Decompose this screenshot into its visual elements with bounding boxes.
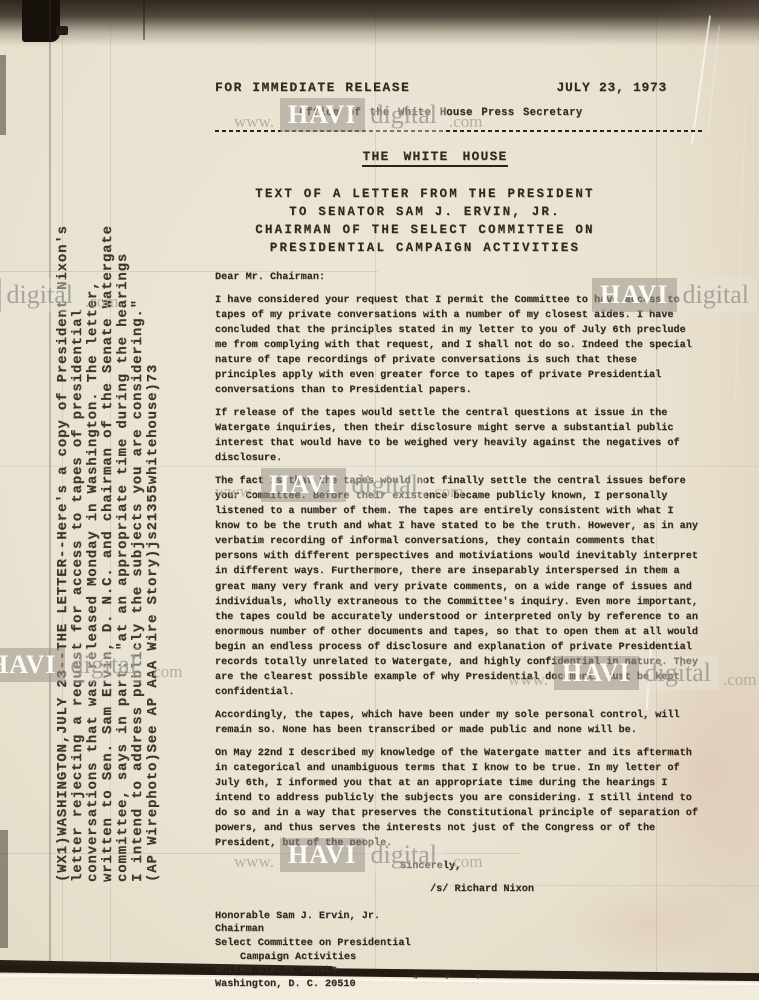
wire-caption: (WX1)WASHINGTON,JULY 23--THE LETTER--Her…: [56, 206, 161, 882]
wire-caption-line: (WX1)WASHINGTON,JULY 23--THE LETTER--Her…: [56, 206, 71, 882]
end-mark: #: [476, 974, 480, 982]
crease-line: [49, 0, 51, 975]
wire-caption-line: conversations that was released Monday i…: [86, 206, 101, 882]
paper-edge: [0, 55, 6, 135]
release-header: FOR IMMEDIATE RELEASE JULY 23, 1973: [215, 80, 667, 95]
office-line: Office of the White House Press Secretar…: [215, 106, 667, 121]
signature-line: /s/ Richard Nixon: [430, 882, 702, 897]
wire-caption-line: written to Sen. Sam Ervin, D. N.C. and c…: [101, 206, 116, 882]
photo-scan: (WX1)WASHINGTON,JULY 23--THE LETTER--Her…: [0, 0, 759, 1000]
letter-title: TEXT OF A LETTER FROM THE PRESIDENT TO S…: [215, 185, 635, 257]
scratch-mark: [735, 100, 746, 400]
release-date: JULY 23, 1973: [556, 80, 667, 95]
photo-corner-mark: [22, 0, 60, 42]
wire-caption-line: (AP Wirephoto)See AP AAA Wire Story)js21…: [146, 206, 161, 882]
end-marks: # # #: [414, 974, 481, 982]
letter-paragraph: On May 22nd I described my knowledge of …: [215, 746, 700, 852]
letter-title-line: PRESIDENTIAL CAMPAIGN ACTIVITIES: [215, 239, 635, 257]
recipient-line: Campaign Activities: [215, 951, 702, 965]
recipient-line: Honorable Sam J. Ervin, Jr.: [215, 910, 702, 924]
separator-rule: [215, 130, 702, 132]
recipient-line: Chairman: [215, 923, 702, 937]
letter-title-line: CHAIRMAN OF THE SELECT COMMITTEE ON: [215, 221, 635, 239]
press-release-document: FOR IMMEDIATE RELEASE JULY 23, 1973 Offi…: [215, 0, 702, 991]
closing: Sincerely,: [400, 859, 702, 874]
letter-title-line: TEXT OF A LETTER FROM THE PRESIDENT: [215, 185, 635, 203]
letter-title-line: TO SENATOR SAM J. ERVIN, JR.: [215, 203, 635, 221]
wire-caption-line: I intend to address publicly the subject…: [131, 206, 146, 882]
watermark-domain: .com: [723, 670, 757, 690]
wire-caption-line: committee, says in part: "at an appropri…: [116, 206, 131, 882]
recipient-line: Select Committee on Presidential: [215, 937, 702, 951]
distribution-line: FOR IMMEDIATE RELEASE: [215, 80, 410, 95]
letter-paragraph: I have considered your request that I pe…: [215, 293, 700, 399]
letter-paragraph: The fact is that the tapes would not fin…: [215, 474, 700, 700]
end-mark: #: [414, 974, 418, 982]
watermark-brand: HAVI: [0, 278, 1, 312]
letter-paragraph: If release of the tapes would settle the…: [215, 406, 700, 466]
end-mark: #: [445, 974, 449, 982]
paper-edge: [0, 830, 8, 948]
letterhead-title: THE WHITE HOUSE: [215, 149, 655, 164]
wire-caption-line: letter rejecting a request for access to…: [71, 206, 86, 882]
letter-paragraph: Accordingly, the tapes, which have been …: [215, 708, 700, 738]
crease-line: [143, 0, 145, 40]
salutation: Dear Mr. Chairman:: [215, 270, 702, 285]
